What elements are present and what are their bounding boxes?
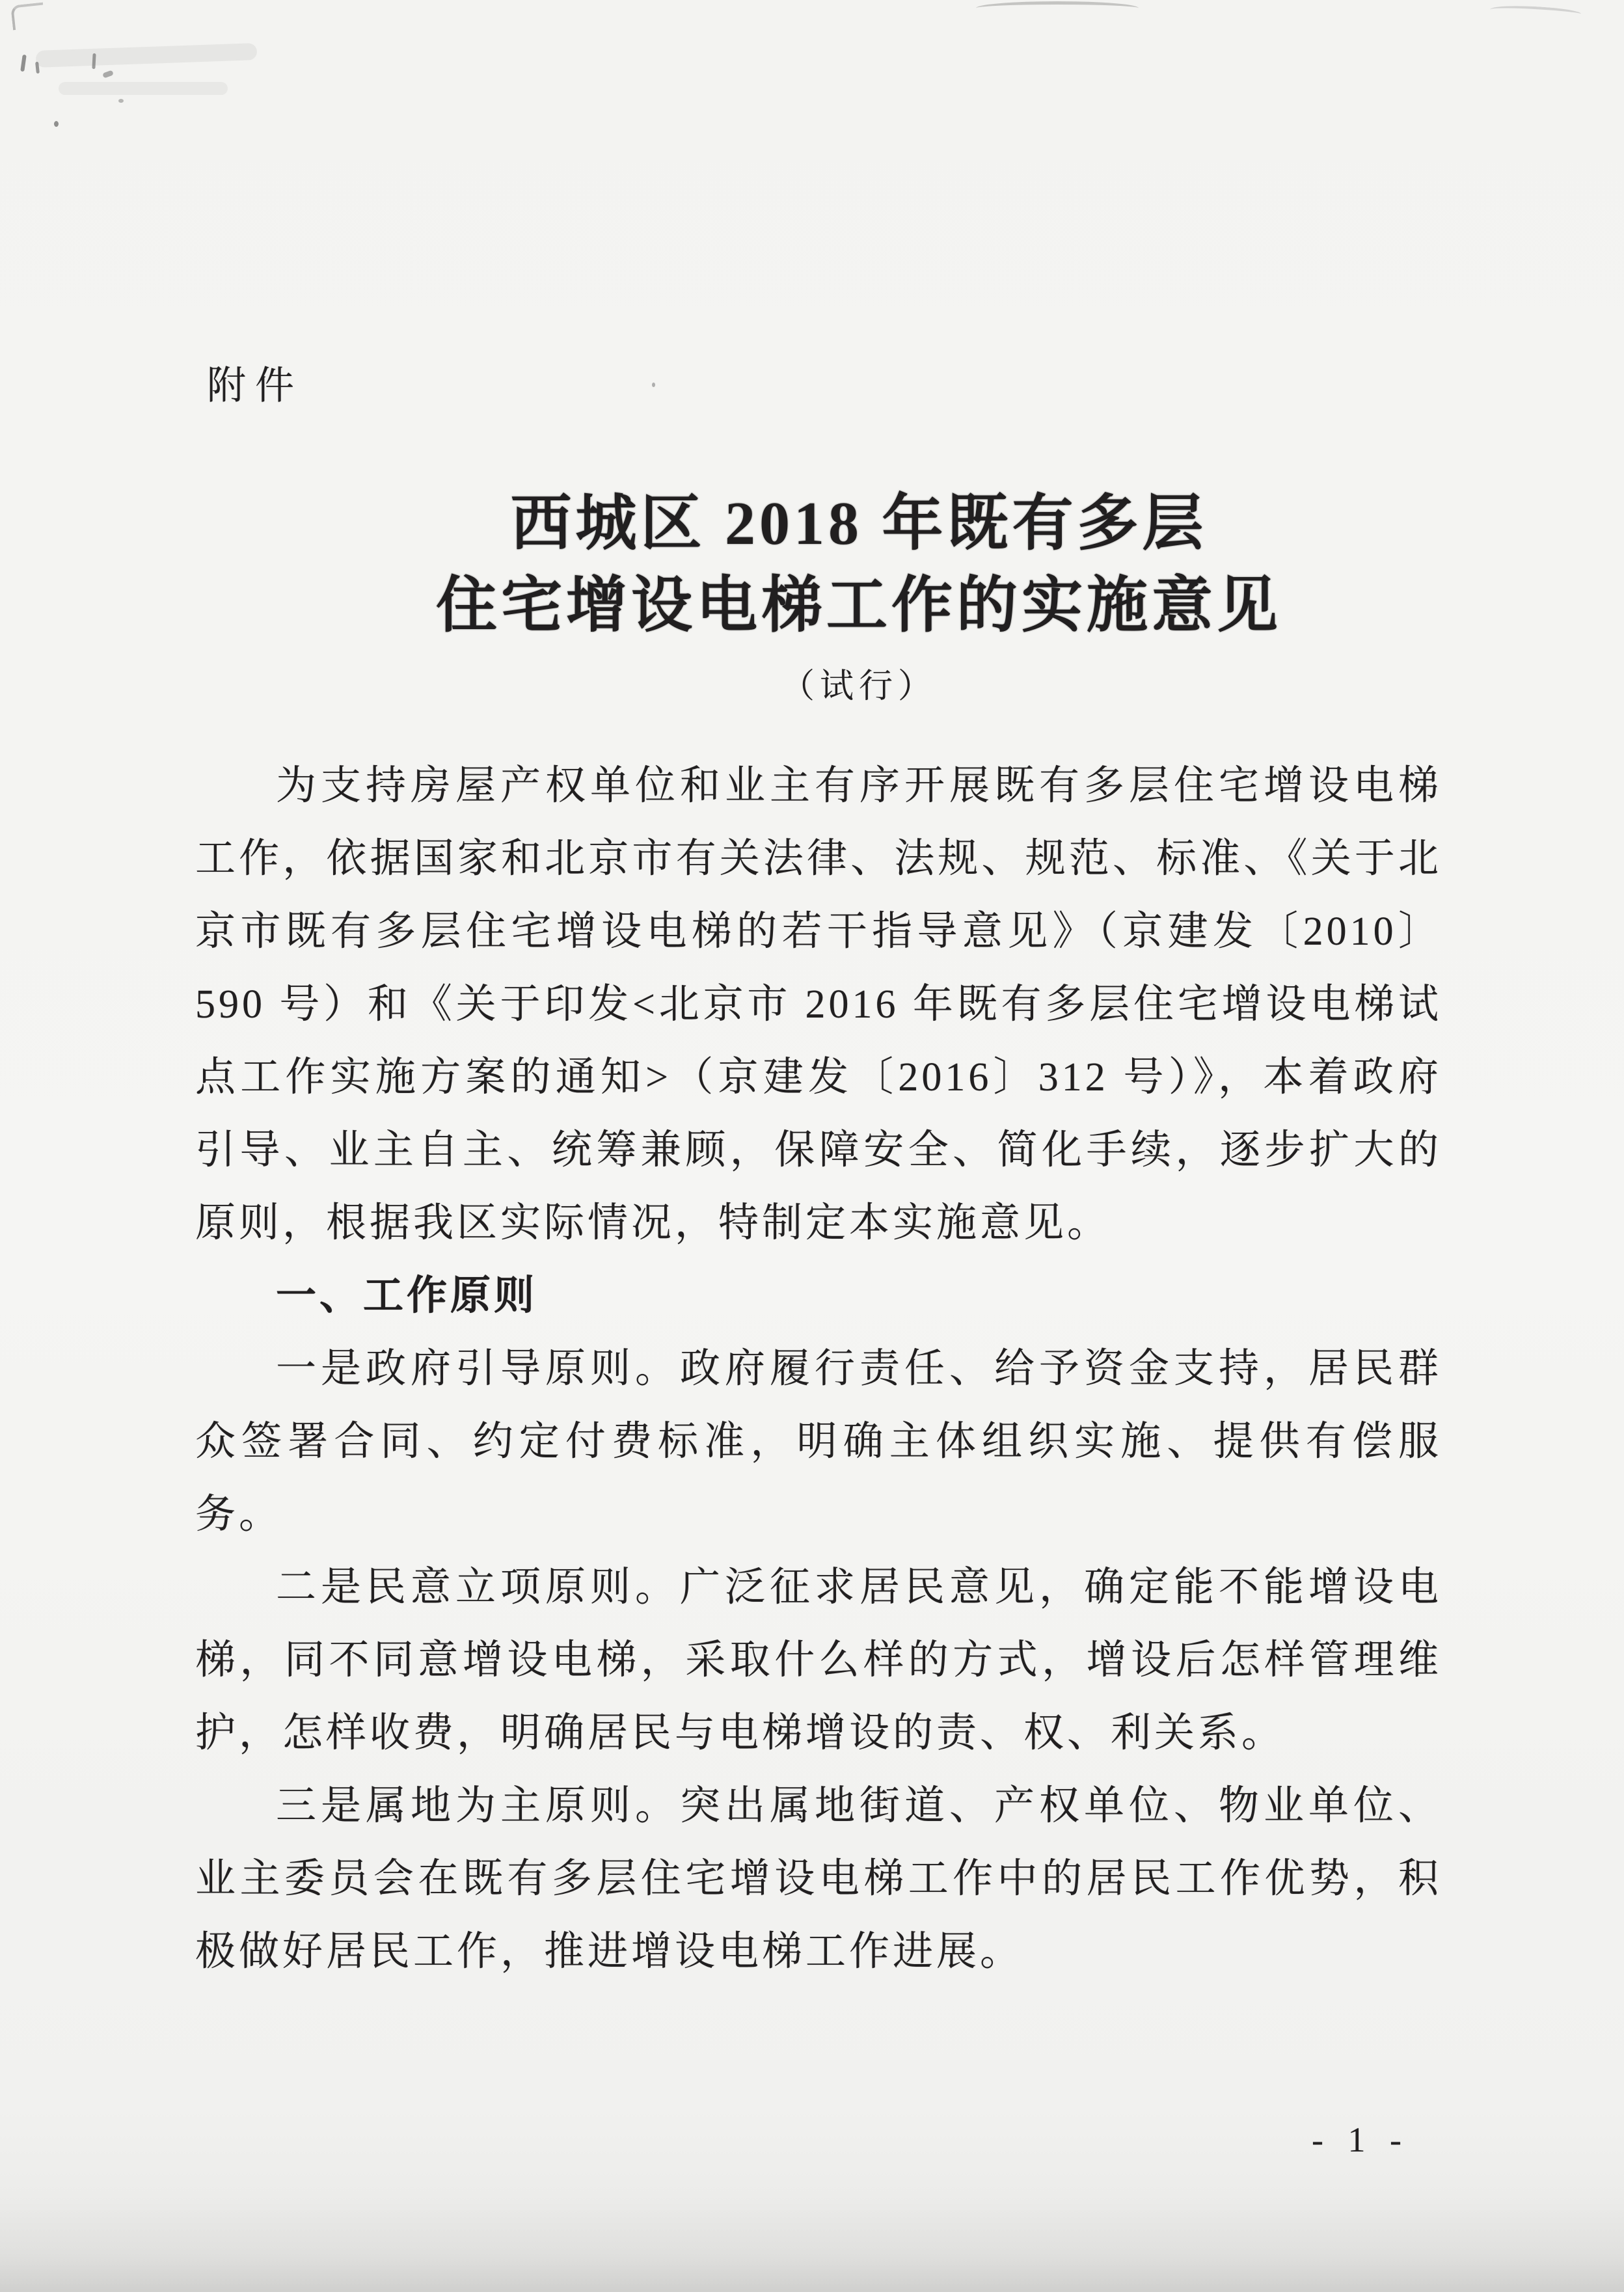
document-subtitle: （试行） [215, 658, 1503, 707]
page-number: - 1 - [1312, 2120, 1409, 2160]
attachment-label: 附件 [207, 355, 303, 411]
scan-artifact [1490, 3, 1582, 20]
document-title-line-1: 西城区 2018 年既有多层 [215, 483, 1503, 565]
document-body: 为支持房屋产权单位和业主有序开展既有多层住宅增设电梯工作，依据国家和北京市有关法… [195, 749, 1442, 1988]
scan-artifact [35, 62, 40, 74]
scanned-document-page: 附件 西城区 2018 年既有多层 住宅增设电梯工作的实施意见 （试行） 为支持… [0, 0, 1624, 2292]
scan-artifact [54, 121, 59, 127]
section-heading: 一、工作原则 [195, 1260, 1442, 1332]
scan-artifact [59, 82, 228, 95]
document-header: 西城区 2018 年既有多层 住宅增设电梯工作的实施意见 （试行） [215, 483, 1503, 707]
scan-artifact [10, 2, 46, 30]
body-paragraph: 三是属地为主原则。突出属地街道、产权单位、物业单位、业主委员会在既有多层住宅增设… [195, 1770, 1442, 1988]
scan-artifact [36, 43, 258, 68]
scan-artifact [92, 53, 96, 69]
scan-artifact [20, 55, 27, 72]
scan-artifact [976, 1, 1139, 15]
body-paragraph: 一是政府引导原则。政府履行责任、给予资金支持，居民群众签署合同、约定付费标准，明… [195, 1332, 1442, 1551]
scan-artifact [652, 383, 655, 387]
scan-artifact [102, 70, 114, 79]
document-title-line-2: 住宅增设电梯工作的实施意见 [215, 565, 1503, 647]
scan-artifact [118, 99, 124, 103]
body-paragraph: 为支持房屋产权单位和业主有序开展既有多层住宅增设电梯工作，依据国家和北京市有关法… [195, 749, 1442, 1260]
body-paragraph: 二是民意立项原则。广泛征求居民意见，确定能不能增设电梯，同不同意增设电梯，采取什… [195, 1551, 1442, 1770]
